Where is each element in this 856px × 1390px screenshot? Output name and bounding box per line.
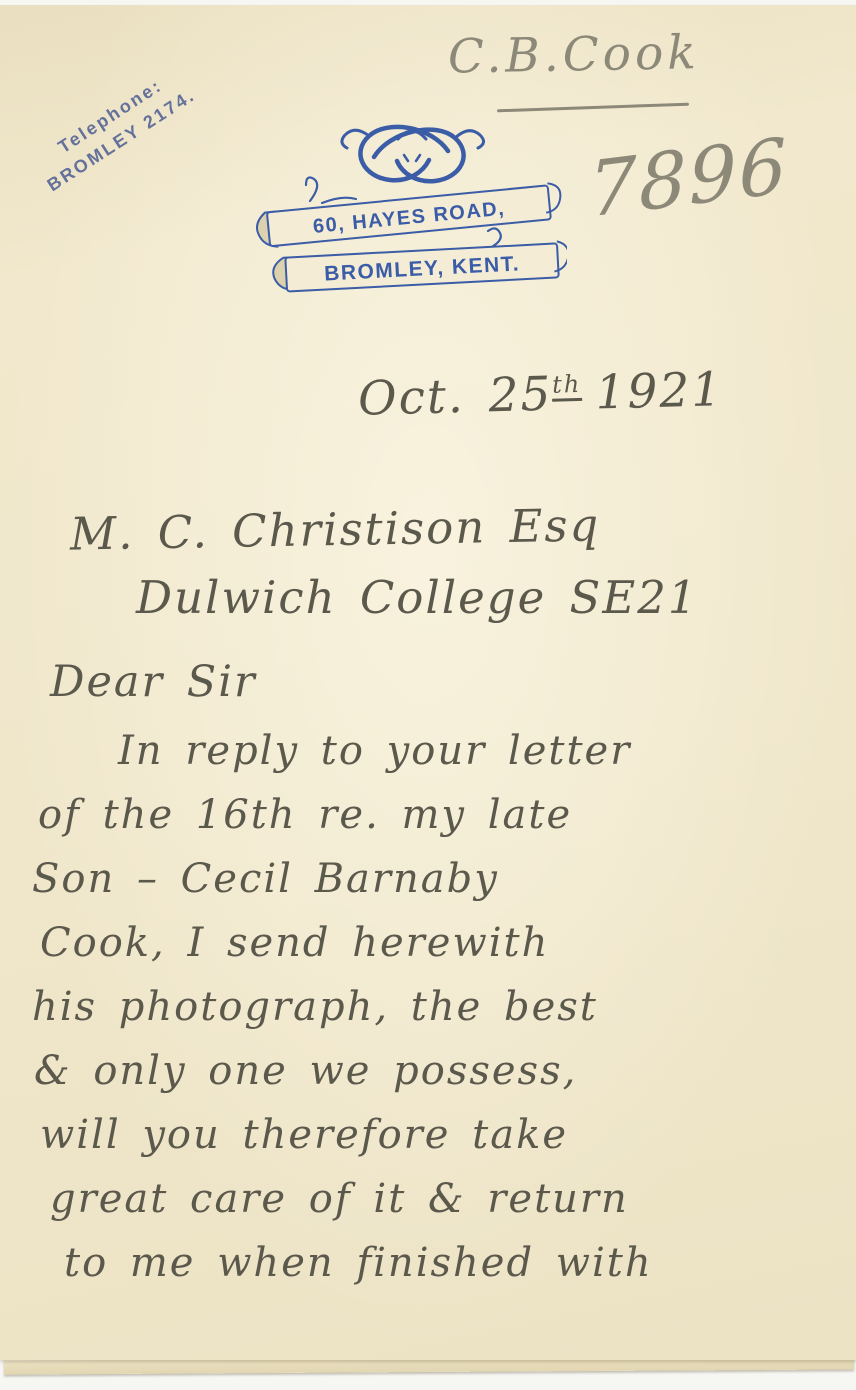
letter-line: Cook, I send herewith — [32, 911, 846, 975]
letter-line: will you therefore take — [32, 1103, 846, 1167]
letter-line: In reply to your letter — [32, 719, 846, 783]
salutation: Dear Sir — [50, 657, 257, 707]
letter-line: & only one we possess, — [32, 1039, 846, 1103]
letterhead-crest: 60, HAYES ROAD, BROMLEY, KENT. — [252, 115, 567, 319]
pencil-name-underline — [497, 103, 689, 113]
letter-line: to me when finished with — [32, 1231, 846, 1295]
letter-date: Oct. 25th1921 — [357, 362, 723, 427]
recipient-address: Dulwich College SE21 — [136, 571, 698, 624]
scanned-letter-page: { "document_type": "scanned handwritten … — [0, 0, 856, 1390]
monogram-cc-icon: 60, HAYES ROAD, BROMLEY, KENT. — [252, 115, 567, 315]
date-ordinal: th — [552, 370, 582, 402]
letter-line: his photograph, the best — [32, 975, 846, 1039]
pencil-archive-number: 7896 — [588, 120, 789, 234]
letterhead-telephone: Telephone: BROMLEY 2174. — [28, 60, 201, 197]
recipient-name: M. C. Christison Esq — [70, 498, 601, 560]
ribbon-top: 60, HAYES ROAD, — [255, 182, 562, 248]
letter-line: Son – Cecil Barnaby — [32, 847, 846, 911]
letter-line: of the 16th re. my late — [32, 783, 846, 847]
date-year: 1921 — [595, 362, 724, 420]
date-prefix: Oct. 25 — [357, 367, 553, 427]
letter-line: great care of it & return — [32, 1167, 846, 1231]
letter-body: In reply to your letter of the 16th re. … — [32, 719, 846, 1295]
letter-paper: Telephone: BROMLEY 2174. C.B.Cook — [0, 5, 856, 1360]
pencil-name-annotation: C.B.Cook — [448, 24, 749, 84]
ribbon-bottom: BROMLEY, KENT. — [272, 241, 567, 292]
